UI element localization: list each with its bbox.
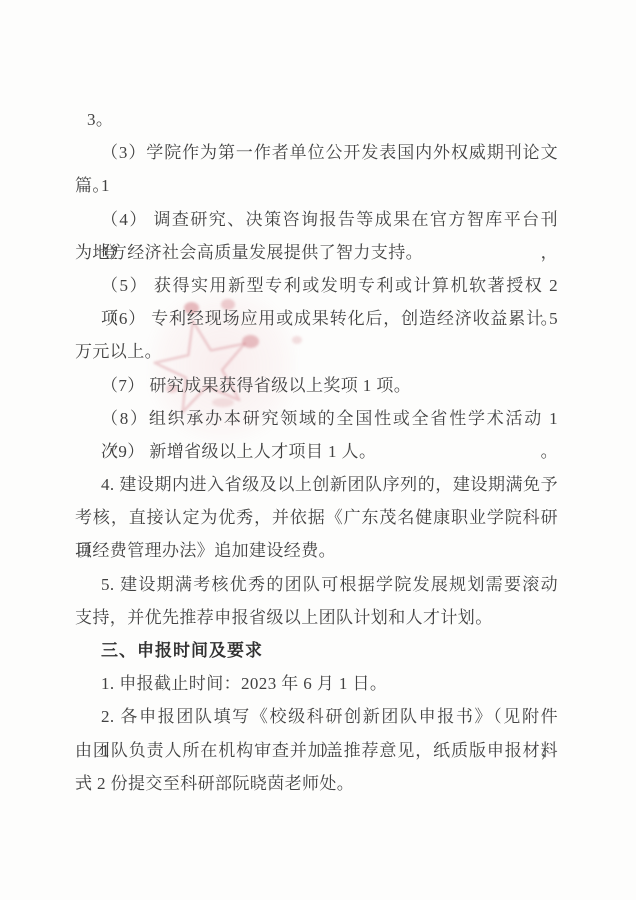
doc-line-item-3: （3）学院作为第一作者单位公开发表国内外权威期刊论文 1	[75, 136, 558, 169]
doc-line-para-4-end: 目经费管理办法》追加建设经费。	[75, 534, 558, 567]
doc-line-item-5: （5） 获得实用新型专利或发明专利或计算机软著授权 2 项。	[75, 269, 558, 302]
doc-line-para-4: 4. 建设期内进入省级及以上创新团队序列的，建设期满免予	[75, 468, 558, 501]
doc-line-item-6: （6） 专利经现场应用或成果转化后，创造经济收益累计 5	[75, 302, 558, 335]
doc-line-para-5-end: 支持，并优先推荐申报省级以上团队计划和人才计划。	[75, 601, 558, 634]
doc-line-item-7: （7） 研究成果获得省级以上奖项 1 项。	[75, 369, 558, 402]
doc-line-carryover: 3。	[75, 103, 558, 136]
doc-line-item-4: （4） 调查研究、决策咨询报告等成果在官方智库平台刊登，	[75, 203, 558, 236]
section-heading-3: 三、申报时间及要求	[75, 634, 558, 667]
doc-line-req-2: 2. 各申报团队填写《校级科研创新团队申报书》（见附件 1），	[75, 700, 558, 733]
doc-line-deadline: 1. 申报截止时间：2023 年 6 月 1 日。	[75, 667, 558, 700]
scanned-document-page: 3。 （3）学院作为第一作者单位公开发表国内外权威期刊论文 1 篇。 （4） 调…	[0, 0, 636, 900]
doc-line-item-3-cont: 篇。	[75, 169, 558, 202]
doc-line-para-4-cont: 考核，直接认定为优秀，并依据《广东茂名健康职业学院科研项	[75, 501, 558, 534]
doc-line-req-2-cont: 由团队负责人所在机构审查并加盖推荐意见，纸质版申报材料一	[75, 734, 558, 767]
doc-line-para-5: 5. 建设期满考核优秀的团队可根据学院发展规划需要滚动	[75, 568, 558, 601]
doc-line-item-6-cont: 万元以上。	[75, 335, 558, 368]
document-body: 3。 （3）学院作为第一作者单位公开发表国内外权威期刊论文 1 篇。 （4） 调…	[75, 103, 558, 800]
doc-line-req-2-end: 式 2 份提交至科研部阮晓茵老师处。	[75, 767, 558, 800]
doc-line-item-8: （8）组织承办本研究领域的全国性或全省性学术活动 1 次。	[75, 402, 558, 435]
